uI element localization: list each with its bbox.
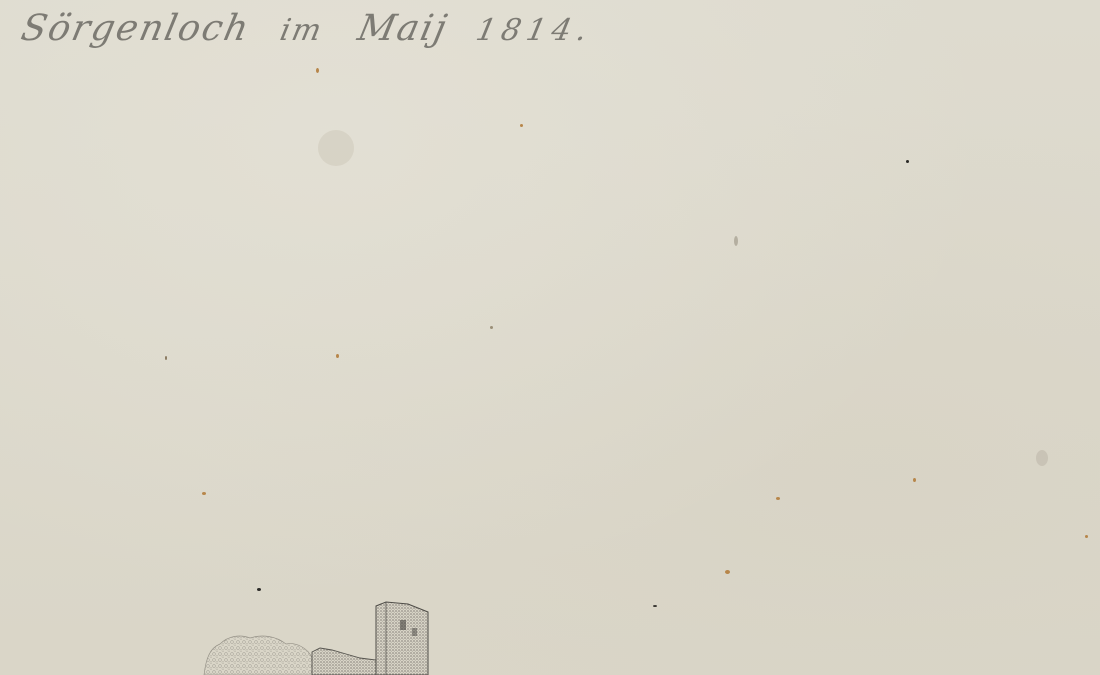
paper-speck	[776, 497, 780, 500]
tower-sketch	[200, 598, 440, 675]
paper-speck	[165, 356, 167, 360]
paper-speck	[257, 588, 261, 591]
paper-background	[0, 0, 1100, 675]
paper-speck	[318, 130, 354, 166]
paper-speck	[490, 326, 493, 329]
paper-speck	[913, 478, 916, 482]
paper-speck	[336, 354, 339, 358]
inscription-preposition: im	[277, 13, 326, 48]
paper-speck	[1085, 535, 1088, 538]
inscription-year: 1814.	[473, 13, 596, 48]
paper-speck	[1036, 450, 1048, 466]
paper-speck	[520, 124, 523, 127]
paper-speck	[316, 68, 319, 73]
inscription-place: Sörgenloch	[18, 8, 254, 49]
paper-speck	[725, 570, 730, 574]
handwritten-inscription: Sörgenloch im Maij 1814.	[18, 8, 598, 49]
paper-speck	[906, 160, 909, 163]
paper-speck	[734, 236, 738, 246]
paper-speck	[653, 605, 657, 607]
inscription-month: Maij	[354, 8, 452, 49]
paper-speck	[202, 492, 206, 495]
